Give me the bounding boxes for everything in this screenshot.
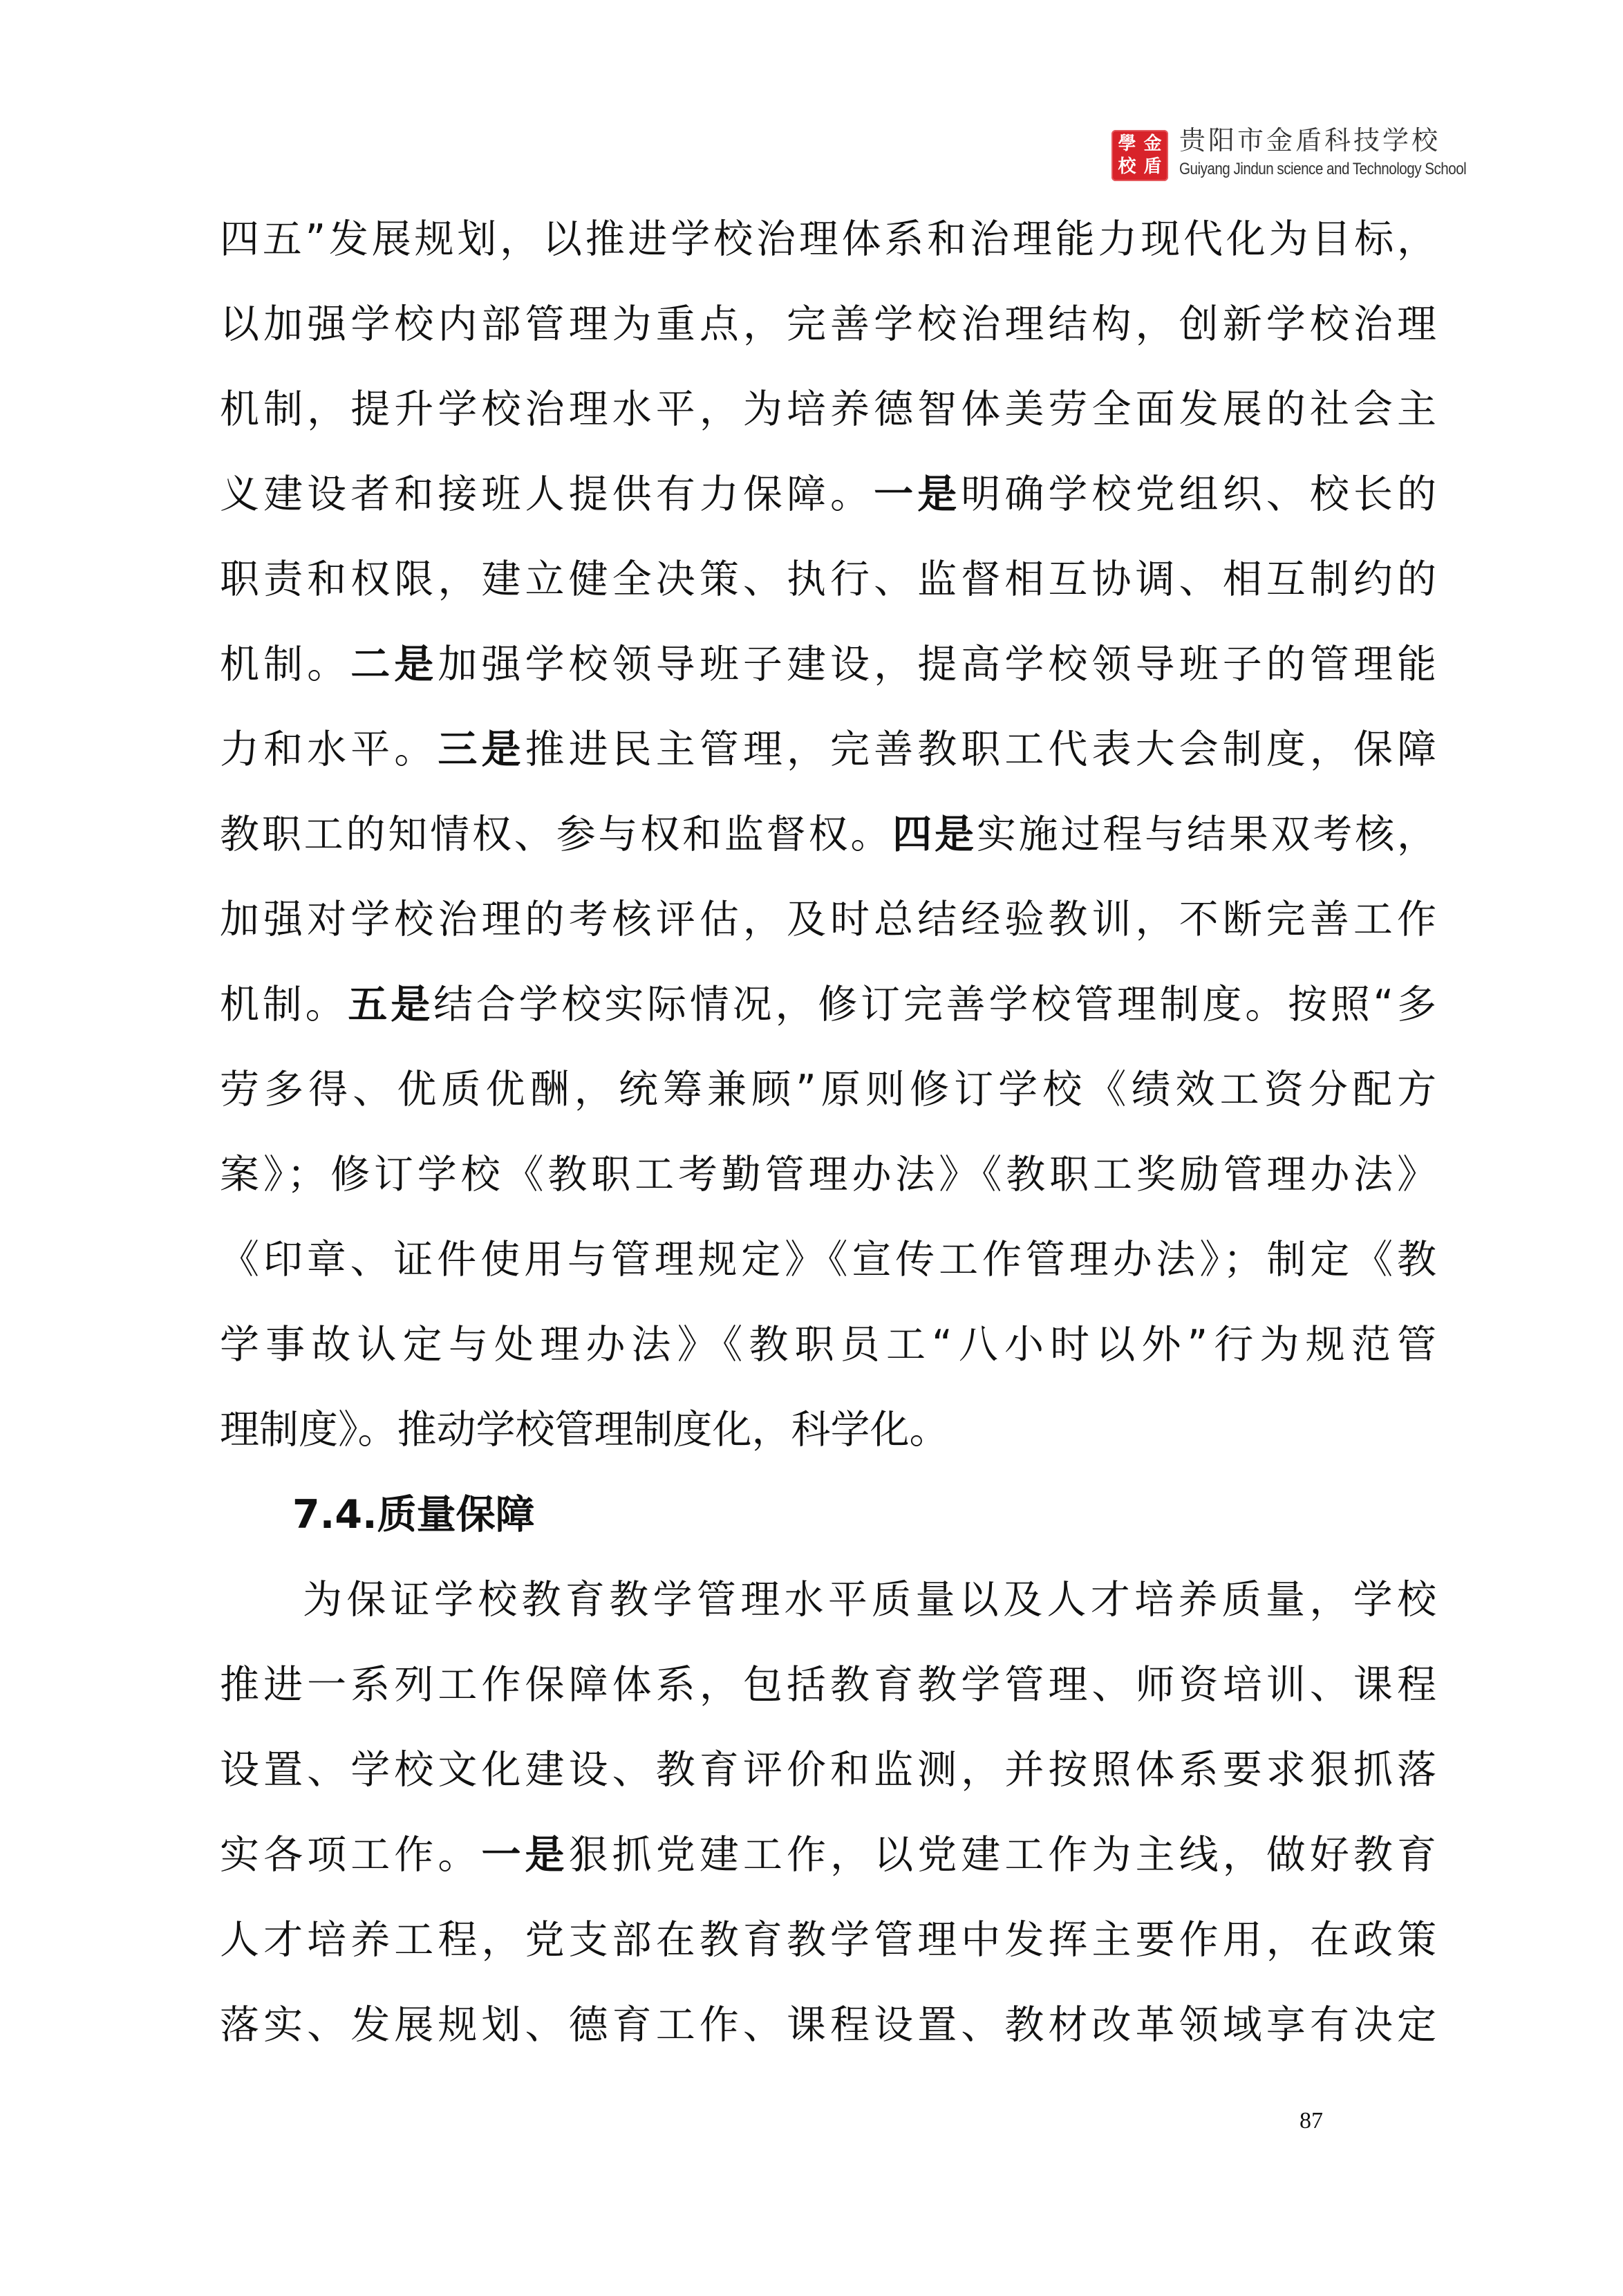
seal-char: 學 — [1114, 133, 1140, 156]
paragraph-line: 人才培养工程，党支部在教育教学管理中发挥主要作用，在政策 — [220, 1898, 1436, 1983]
paragraph-line: 设置、学校文化建设、教育评价和监测，并按照体系要求狠抓落 — [220, 1728, 1436, 1813]
paragraph-line: 力和水平。三是推进民主管理，完善教职工代表大会制度，保障 — [220, 707, 1436, 792]
paragraph-line: 学事故认定与处理办法》《教职员工“八小时以外”行为规范管 — [220, 1303, 1436, 1388]
paragraph-line: 《印章、证件使用与管理规定》《宣传工作管理办法》；制定《教 — [220, 1217, 1436, 1303]
paragraph-line: 教职工的知情权、参与权和监督权。四是实施过程与结果双考核， — [220, 792, 1436, 877]
paragraph-line: 义建设者和接班人提供有力保障。一是明确学校党组织、校长的 — [220, 452, 1436, 537]
paragraph-line: 职责和权限，建立健全决策、执行、监督相互协调、相互制约的 — [220, 537, 1436, 622]
document-body: 四五”发展规划，以推进学校治理体系和治理能力现代化为目标， 以加强学校内部管理为… — [220, 197, 1436, 2068]
paragraph-line: 案》；修订学校《教职工考勤管理办法》《教职工奖励管理办法》 — [220, 1132, 1436, 1217]
page-header: 學 金 校 盾 贵阳市金盾科技学校 Guiyang Jindun science… — [1106, 123, 1465, 185]
paragraph-line: 机制。二是加强学校领导班子建设，提高学校领导班子的管理能 — [220, 622, 1436, 707]
paragraph-line: 理制度》。推动学校管理制度化，科学化。 — [220, 1388, 1436, 1473]
paragraph-line: 加强对学校治理的考核评估，及时总结经验教训，不断完善工作 — [220, 877, 1436, 962]
paragraph-line: 机制，提升学校治理水平，为培养德智体美劳全面发展的社会主 — [220, 367, 1436, 452]
paragraph-line: 落实、发展规划、德育工作、课程设置、教材改革领域享有决定 — [220, 1983, 1436, 2068]
paragraph-line: 实各项工作。一是狠抓党建工作，以党建工作为主线，做好教育 — [220, 1813, 1436, 1898]
school-name-chinese: 贵阳市金盾科技学校 — [1179, 123, 1441, 158]
paragraph-line: 劳多得、优质优酬，统筹兼顾”原则修订学校《绩效工资分配方 — [220, 1047, 1436, 1132]
paragraph-line: 四五”发展规划，以推进学校治理体系和治理能力现代化为目标， — [220, 197, 1436, 282]
school-name-english: Guiyang Jindun science and Technology Sc… — [1179, 159, 1466, 180]
seal-char: 校 — [1114, 156, 1140, 178]
page-number: 87 — [1300, 2107, 1323, 2135]
school-seal-logo-icon: 學 金 校 盾 — [1111, 130, 1168, 181]
bold-marker: 五是 — [348, 982, 433, 1027]
seal-char: 盾 — [1140, 156, 1165, 178]
section-heading: 7.4.质量保障 — [220, 1473, 1436, 1558]
bold-marker: 一是 — [481, 1832, 568, 1878]
paragraph-line: 以加强学校内部管理为重点，完善学校治理结构，创新学校治理 — [220, 282, 1436, 367]
paragraph-line: 推进一系列工作保障体系，包括教育教学管理、师资培训、课程 — [220, 1643, 1436, 1728]
seal-char: 金 — [1140, 133, 1165, 156]
bold-marker: 一是 — [874, 472, 961, 517]
paragraph-line: 为保证学校教育教学管理水平质量以及人才培养质量，学校 — [220, 1558, 1436, 1643]
paragraph-line: 机制。五是结合学校实际情况，修订完善学校管理制度。按照“多 — [220, 962, 1436, 1047]
bold-marker: 二是 — [350, 642, 438, 687]
bold-marker: 四是 — [892, 812, 977, 857]
bold-marker: 三是 — [438, 727, 525, 772]
